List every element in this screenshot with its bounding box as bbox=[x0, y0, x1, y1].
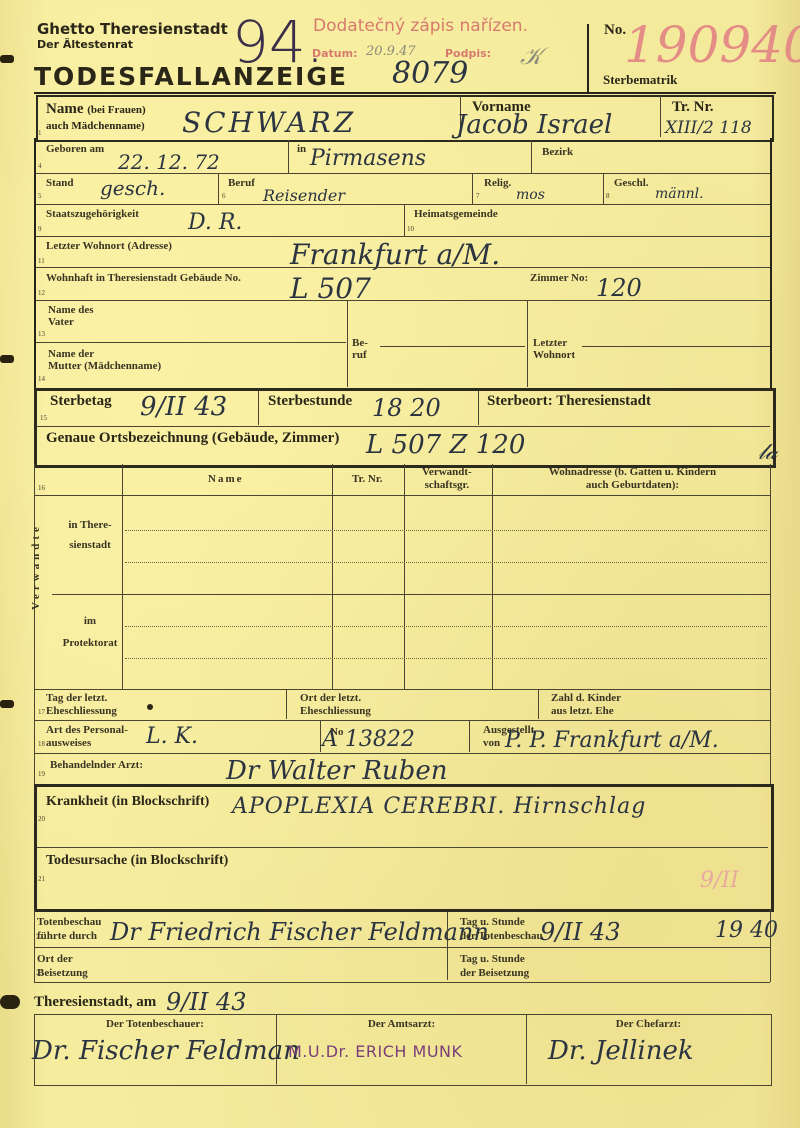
dotted-line bbox=[125, 658, 767, 659]
rule bbox=[34, 92, 776, 94]
row-number: 8 bbox=[606, 192, 610, 200]
divider bbox=[122, 464, 123, 689]
rule bbox=[36, 342, 346, 343]
row-number: 1 bbox=[38, 129, 42, 137]
row-number: 5 bbox=[38, 192, 42, 200]
geboren-value[interactable]: 22. 12. 72 bbox=[118, 150, 220, 174]
mutter-label-2: Mutter (Mädchenname) bbox=[48, 360, 161, 372]
row-number: 17 bbox=[38, 708, 45, 716]
beisetzung-ort-1: Ort der bbox=[37, 952, 88, 966]
rule bbox=[37, 847, 768, 848]
initials-mark: 𝓁𝒶 bbox=[758, 440, 777, 465]
dotted-line bbox=[125, 530, 767, 531]
vater-label-1: Name des bbox=[48, 304, 94, 316]
ort-ehe-1: Ort der letzt. bbox=[300, 692, 371, 705]
zimmer-label: Zimmer No: bbox=[530, 272, 588, 284]
name-box bbox=[36, 95, 774, 142]
divider bbox=[469, 721, 470, 752]
stamp-dodatecny: Dodatečný zápis nařízen. bbox=[313, 16, 528, 36]
divider bbox=[218, 174, 219, 204]
sterbetag-label: Sterbetag bbox=[50, 393, 112, 410]
ort-ehe-label: Ort der letzt.Eheschliessung bbox=[300, 692, 371, 718]
punch-hole bbox=[0, 995, 20, 1009]
trnr-value[interactable]: XIII/2 118 bbox=[665, 118, 752, 138]
kinder-1: Zahl d. Kinder bbox=[551, 692, 621, 705]
col-verwandt-1: Verwandt- bbox=[422, 466, 472, 479]
name-label-text: Name bbox=[46, 101, 84, 117]
name-value[interactable]: SCHWARZ bbox=[182, 106, 356, 139]
staats-value[interactable]: D. R. bbox=[188, 210, 242, 235]
name-label: Name (bei Frauen) bbox=[46, 101, 146, 118]
stamp-datum-label: Datum: bbox=[312, 47, 358, 60]
rule bbox=[34, 753, 770, 754]
beisetzung-time-label: Tag u. Stundeder Beisetzung bbox=[460, 952, 529, 980]
row-number: 14 bbox=[38, 375, 45, 383]
sig2-label: Der Amtsarzt: bbox=[277, 1018, 526, 1030]
dotted-line bbox=[125, 562, 767, 563]
group2-line2: Protektorat bbox=[60, 632, 120, 654]
ursache-label: Todesursache (in Blockschrift) bbox=[46, 853, 228, 869]
punch-hole bbox=[0, 355, 14, 363]
sig1-signature: Dr. Fischer Feldman bbox=[32, 1036, 300, 1066]
beschau-time-2: der Totenbeschau bbox=[460, 929, 543, 943]
row-number: 11 bbox=[38, 257, 45, 265]
divider bbox=[447, 912, 448, 980]
divider bbox=[492, 464, 493, 689]
tag-ehe-label: Tag der letzt.Eheschliessung bbox=[46, 692, 117, 718]
beschau-value[interactable]: Dr Friedrich Fischer Feldmann bbox=[110, 918, 489, 946]
row-number: 16 bbox=[38, 484, 45, 492]
divider bbox=[332, 464, 333, 689]
form-border bbox=[34, 910, 35, 982]
vater-label-2: Vater bbox=[48, 316, 94, 328]
faint-red-mark: 9/II bbox=[700, 868, 739, 893]
name-sublabel-2: auch Mädchenname) bbox=[46, 120, 145, 132]
vorname-value[interactable]: Jacob Israel bbox=[456, 110, 612, 140]
divider bbox=[258, 391, 259, 425]
geboren-label: Geboren am bbox=[46, 143, 104, 155]
col-wohn-2: auch Geburtdaten): bbox=[500, 479, 765, 492]
in-value[interactable]: Pirmasens bbox=[310, 146, 426, 171]
col-verwandt-header: Verwandt-schaftsgr. bbox=[422, 466, 472, 492]
form-border bbox=[770, 138, 772, 388]
rule bbox=[36, 267, 770, 268]
rule bbox=[52, 594, 770, 595]
art-ausweis-1: Art des Personal- bbox=[46, 724, 128, 737]
art-ausweis-value[interactable]: L. K. bbox=[146, 724, 198, 749]
mutter-label-1: Name der bbox=[48, 348, 161, 360]
rule bbox=[36, 426, 770, 427]
punch-hole bbox=[0, 700, 14, 708]
krankheit-label: Krankheit (in Blockschrift) bbox=[46, 794, 209, 810]
org-council: Der Ältestenrat bbox=[37, 38, 133, 51]
wohnhaft-label: Wohnhaft in Theresienstadt Gebäude No. bbox=[46, 272, 241, 284]
row-number: 13 bbox=[38, 330, 45, 338]
verwandte-side-label: Verwandte bbox=[30, 523, 42, 610]
tag-ehe-2: Eheschliessung bbox=[46, 705, 117, 718]
stamp-podpis-label: Podpis: bbox=[445, 47, 491, 60]
sig1-label: Der Totenbeschauer: bbox=[34, 1018, 276, 1030]
rule bbox=[34, 495, 770, 496]
no-label: No. bbox=[604, 22, 626, 39]
relig-label: Relig. bbox=[484, 177, 511, 189]
sterbetag-value[interactable]: 9/II 43 bbox=[140, 392, 227, 422]
divider bbox=[478, 391, 479, 425]
rule bbox=[34, 947, 770, 948]
group-protektorat: imProtektorat bbox=[60, 610, 120, 654]
rule bbox=[36, 204, 770, 205]
row-number: 6 bbox=[222, 192, 226, 200]
row-number: 4 bbox=[38, 162, 42, 170]
trnr-label: Tr. Nr. bbox=[672, 99, 714, 116]
sig3-label: Der Chefarzt: bbox=[527, 1018, 770, 1030]
punch-hole bbox=[0, 55, 14, 63]
divider bbox=[527, 301, 528, 387]
col-wohn-header: Wohnadresse (b. Gatten u. Kindernauch Ge… bbox=[500, 466, 765, 492]
ortsbez-value[interactable]: L 507 Z 120 bbox=[366, 430, 525, 460]
letzter-label-2: Wohnort bbox=[533, 349, 575, 361]
row-number: 22 bbox=[36, 933, 43, 941]
divider bbox=[531, 140, 532, 174]
stamp-datum-value: 20.9.47 bbox=[366, 44, 416, 59]
org-name: Ghetto Theresienstadt bbox=[37, 20, 228, 38]
geschl-label: Geschl. bbox=[614, 177, 649, 189]
rule bbox=[36, 300, 770, 301]
heimat-label: Heimatsgemeinde bbox=[414, 208, 498, 220]
amtsarzt-stamp: M.U.Dr. ERICH MUNK bbox=[288, 1042, 463, 1061]
art-ausweis-2: ausweises bbox=[46, 737, 128, 750]
krankheit-value[interactable]: APOPLEXIA CEREBRI. Hirnschlag bbox=[232, 794, 646, 819]
ortsbez-label: Genaue Ortsbezeichnung (Gebäude, Zimmer) bbox=[46, 430, 339, 447]
beisetzung-time-1: Tag u. Stunde bbox=[460, 952, 529, 966]
divider bbox=[472, 174, 473, 204]
kinder-2: aus letzt. Ehe bbox=[551, 705, 621, 718]
row-number: 21 bbox=[38, 875, 45, 883]
beruf2-label-1: Be- bbox=[352, 337, 368, 349]
divider bbox=[347, 301, 348, 387]
staats-label: Staatszugehörigkeit bbox=[46, 208, 139, 220]
beschau-time-1: Tag u. Stunde bbox=[460, 915, 543, 929]
group1-line1: in There- bbox=[60, 515, 120, 535]
col-wohn-1: Wohnadresse (b. Gatten u. Kindern bbox=[500, 466, 765, 479]
ort-ehe-2: Eheschliessung bbox=[300, 705, 371, 718]
rule bbox=[36, 173, 770, 174]
group2-line1: im bbox=[60, 610, 120, 632]
form-border bbox=[34, 138, 36, 388]
handwritten-94: 94. bbox=[232, 8, 324, 76]
sterbematrik-label: Sterbematrik bbox=[603, 72, 677, 88]
beruf-value[interactable]: Reisender bbox=[263, 186, 345, 205]
ausgestellt-value[interactable]: P. P. Frankfurt a/M. bbox=[505, 728, 719, 753]
form-border bbox=[770, 464, 771, 689]
rule bbox=[34, 720, 770, 721]
header-divider bbox=[587, 24, 589, 92]
row-number: 19 bbox=[38, 770, 45, 778]
divider bbox=[603, 174, 604, 204]
row-number: 23 bbox=[36, 969, 43, 977]
row-number: 15 bbox=[40, 414, 47, 422]
form-number: 8079 bbox=[392, 56, 468, 91]
rule bbox=[582, 346, 770, 347]
stand-value[interactable]: gesch. bbox=[100, 176, 165, 200]
beisetzung-ort-2: Beisetzung bbox=[37, 966, 88, 980]
beschau-hour-value[interactable]: 19 40 bbox=[715, 918, 778, 943]
arzt-value[interactable]: Dr Walter Ruben bbox=[226, 756, 447, 786]
form-border bbox=[770, 689, 771, 785]
letzter-label-1: Letzter bbox=[533, 337, 575, 349]
rule bbox=[34, 982, 770, 983]
relig-value[interactable]: mos bbox=[516, 187, 545, 203]
row-number: 18 bbox=[38, 740, 45, 748]
beschau-date-value[interactable]: 9/II 43 bbox=[540, 918, 620, 946]
stand-label: Stand bbox=[46, 177, 74, 189]
bezirk-label: Bezirk bbox=[542, 146, 573, 158]
rule bbox=[34, 689, 770, 690]
beisetzung-time-2: der Beisetzung bbox=[460, 966, 529, 980]
zimmer-value[interactable]: 120 bbox=[596, 274, 642, 302]
ausweis-no-value[interactable]: A 13822 bbox=[322, 727, 415, 752]
beschau-label: Totenbeschauführte durch bbox=[37, 915, 101, 943]
ink-dot bbox=[147, 704, 153, 710]
in-label: in bbox=[297, 143, 306, 155]
divider bbox=[538, 690, 539, 719]
rule bbox=[36, 236, 770, 237]
divider bbox=[404, 205, 405, 236]
dotted-line bbox=[125, 626, 767, 627]
form-border bbox=[34, 689, 35, 785]
row-number: 7 bbox=[476, 192, 480, 200]
divider bbox=[286, 690, 287, 719]
row-number: 10 bbox=[407, 225, 414, 233]
group1-line2: sienstadt bbox=[60, 535, 120, 555]
col-trnr-header: Tr. Nr. bbox=[352, 473, 382, 485]
vater-label: Name desVater bbox=[48, 304, 94, 328]
divider bbox=[288, 140, 289, 174]
beschau-time-label: Tag u. Stundeder Totenbeschau bbox=[460, 915, 543, 943]
sterbeort-label: Sterbeort: Theresienstadt bbox=[487, 393, 651, 410]
arzt-label: Behandelnder Arzt: bbox=[50, 759, 143, 771]
group-theresienstadt: in There-sienstadt bbox=[60, 515, 120, 555]
geschl-value[interactable]: männl. bbox=[655, 186, 704, 202]
name-sublabel: (bei Frauen) bbox=[87, 104, 145, 116]
art-ausweis-label: Art des Personal-ausweises bbox=[46, 724, 128, 750]
mutter-label: Name derMutter (Mädchenname) bbox=[48, 348, 161, 372]
beruf2-label: Be-ruf bbox=[352, 337, 368, 361]
col-name-header: Name bbox=[208, 473, 244, 485]
row-number: 20 bbox=[38, 815, 45, 823]
beschau-1: Totenbeschau bbox=[37, 915, 101, 929]
divider bbox=[660, 96, 661, 137]
letzter-label: LetzterWohnort bbox=[533, 337, 575, 361]
place-date-label: Theresienstadt, am bbox=[34, 994, 156, 1011]
row-number: 12 bbox=[38, 289, 45, 297]
place-date-value[interactable]: 9/II 43 bbox=[166, 988, 246, 1016]
sterbematrik-number: 190940 bbox=[624, 16, 800, 74]
beschau-2: führte durch bbox=[37, 929, 101, 943]
beisetzung-ort-label: Ort derBeisetzung bbox=[37, 952, 88, 980]
kinder-label: Zahl d. Kinderaus letzt. Ehe bbox=[551, 692, 621, 718]
wohnort-label: Letzter Wohnort (Adresse) bbox=[46, 240, 172, 252]
tag-ehe-1: Tag der letzt. bbox=[46, 692, 117, 705]
sig3-signature: Dr. Jellinek bbox=[548, 1036, 694, 1066]
stamp-signature: 𝒦 bbox=[520, 42, 542, 70]
divider bbox=[404, 464, 405, 689]
beruf-label: Beruf bbox=[228, 177, 255, 189]
beruf2-label-2: ruf bbox=[352, 349, 368, 361]
row-number: 9 bbox=[38, 225, 42, 233]
col-verwandt-2: schaftsgr. bbox=[422, 479, 472, 492]
sterbestunde-value[interactable]: 18 20 bbox=[372, 394, 441, 422]
sterbestunde-label: Sterbestunde bbox=[268, 393, 352, 410]
divider bbox=[320, 721, 321, 752]
rule bbox=[380, 346, 525, 347]
